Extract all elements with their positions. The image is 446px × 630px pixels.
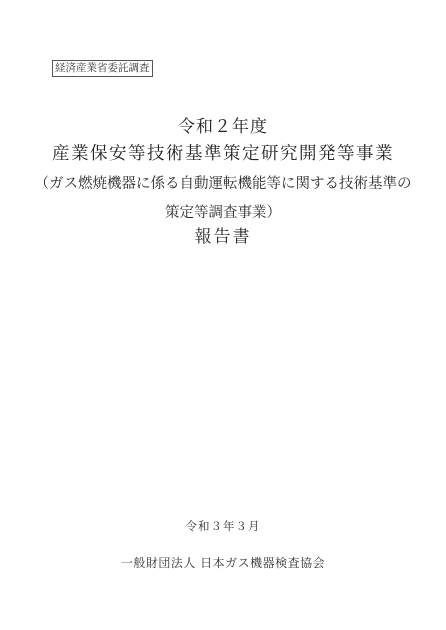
project-title: 産業保安等技術基準策定研究開発等事業 bbox=[0, 143, 446, 165]
commission-stamp-label: 経済産業省委託調査 bbox=[52, 60, 153, 77]
subtitle-line-1: （ガス燃焼機器に係る自動運転機能等に関する技術基準の bbox=[0, 174, 446, 194]
report-heading: 報告書 bbox=[0, 226, 446, 248]
fiscal-year-heading: 令和２年度 bbox=[0, 116, 446, 138]
document-cover-page: 経済産業省委託調査 令和２年度 産業保安等技術基準策定研究開発等事業 （ガス燃焼… bbox=[0, 0, 446, 630]
publishing-organization: 一般財団法人 日本ガス機器検査協会 bbox=[0, 555, 446, 571]
publication-date: 令和３年３月 bbox=[0, 518, 446, 534]
subtitle-line-2: 策定等調査事業） bbox=[0, 203, 446, 223]
